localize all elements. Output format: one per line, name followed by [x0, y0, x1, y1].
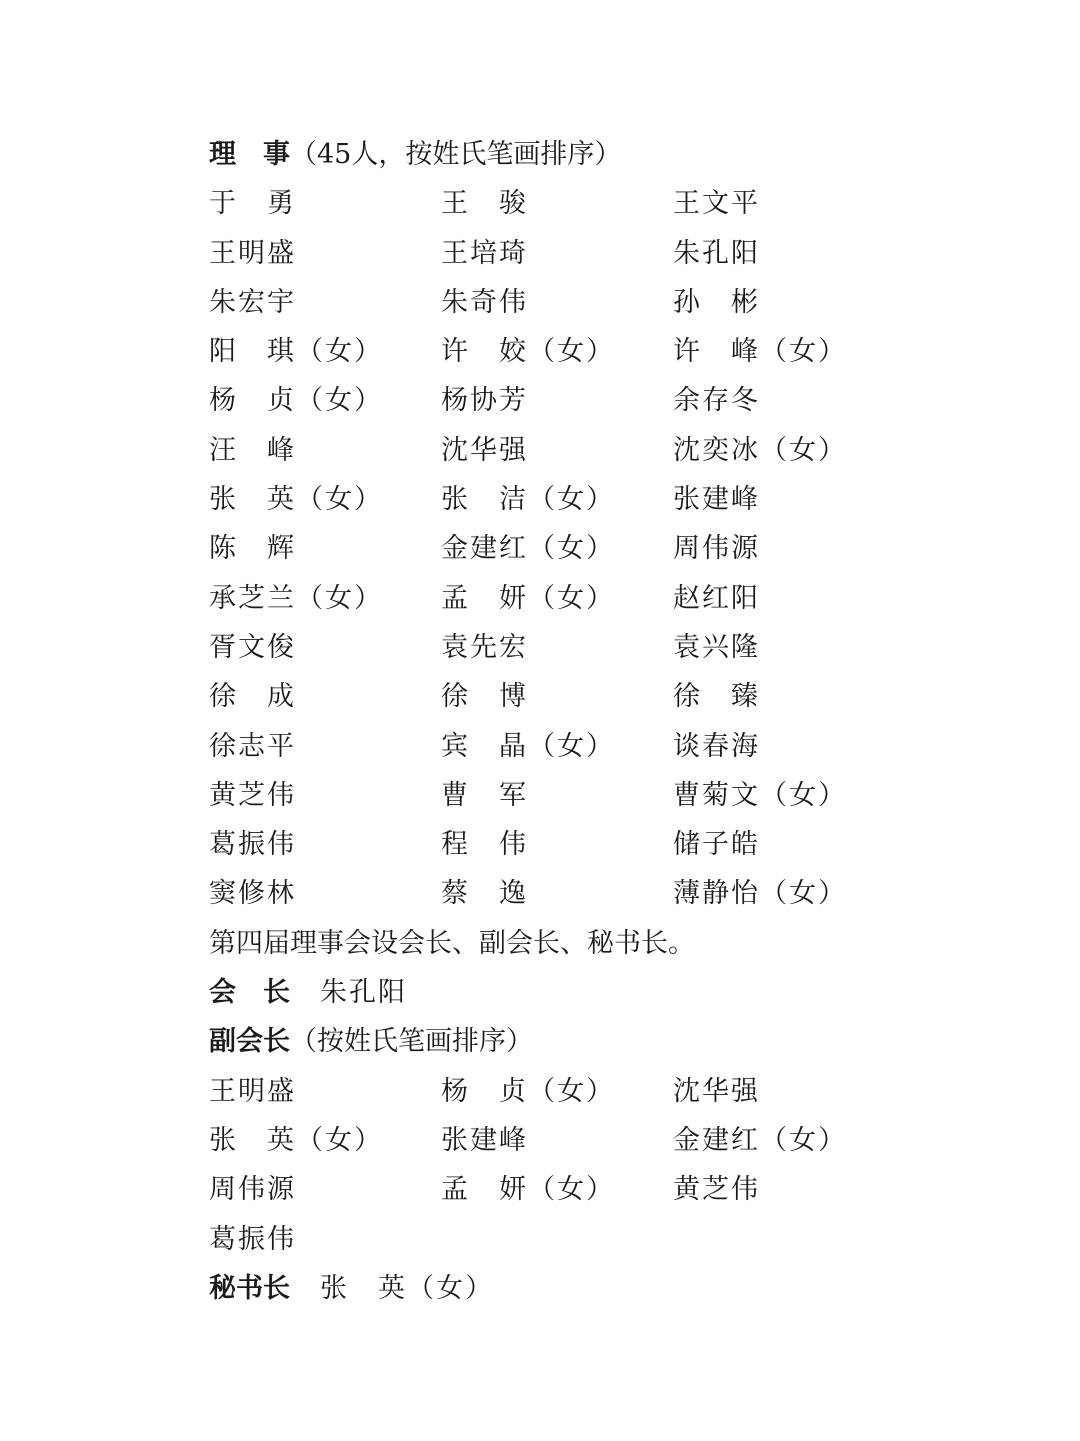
vice-presidents-label: 副会长: [209, 1017, 290, 1066]
secretary-general-label: 秘书长: [209, 1264, 290, 1313]
secretary-general-line: 秘书长张 英（女）: [209, 1264, 909, 1313]
vice-president-name: 金建红（女）: [673, 1116, 847, 1165]
directors-row: 汪 峰沈华强沈奕冰（女）: [209, 426, 909, 475]
vice-president-name: 张建峰: [441, 1116, 528, 1165]
director-name: 曹菊文（女）: [673, 771, 847, 820]
director-name: 程 伟: [441, 820, 528, 869]
director-name: 黄芝伟: [209, 771, 296, 820]
vice-presidents-note: （按姓氏笔画排序）: [290, 1026, 533, 1057]
president-label: 会 长: [209, 968, 290, 1017]
director-name: 孙 彬: [673, 278, 760, 327]
director-name: 宾 晶（女）: [441, 722, 615, 771]
vice-president-name: 黄芝伟: [673, 1165, 760, 1214]
director-name: 杨协芳: [441, 376, 528, 425]
director-name: 徐志平: [209, 722, 296, 771]
directors-row: 阳 琪（女）许 姣（女）许 峰（女）: [209, 327, 909, 376]
directors-row: 葛振伟程 伟储子皓: [209, 820, 909, 869]
director-name: 汪 峰: [209, 426, 296, 475]
vice-presidents-row: 张 英（女）张建峰金建红（女）: [209, 1116, 909, 1165]
directors-title-label: 理 事: [209, 130, 290, 179]
vice-president-name: 葛振伟: [209, 1215, 296, 1264]
directors-row: 徐 成徐 博徐 臻: [209, 672, 909, 721]
directors-row: 黄芝伟曹 军曹菊文（女）: [209, 771, 909, 820]
secretary-general-name: 张 英（女）: [320, 1273, 494, 1304]
vice-presidents-row: 葛振伟: [209, 1215, 909, 1264]
director-name: 金建红（女）: [441, 524, 615, 573]
director-name: 朱孔阳: [673, 229, 760, 278]
director-name: 储子皓: [673, 820, 760, 869]
president-line: 会 长朱孔阳: [209, 968, 909, 1017]
director-name: 于 勇: [209, 179, 296, 228]
director-name: 朱奇伟: [441, 278, 528, 327]
director-name: 张建峰: [673, 475, 760, 524]
council-note: 第四届理事会设会长、副会长、秘书长。: [209, 919, 909, 968]
director-name: 许 姣（女）: [441, 327, 615, 376]
director-name: 杨 贞（女）: [209, 376, 383, 425]
vice-president-name: 沈华强: [673, 1067, 760, 1116]
director-name: 袁兴隆: [673, 623, 760, 672]
director-name: 周伟源: [673, 524, 760, 573]
vice-presidents-heading: 副会长（按姓氏笔画排序）: [209, 1017, 909, 1066]
director-name: 王文平: [673, 179, 760, 228]
director-name: 承芝兰（女）: [209, 574, 383, 623]
director-name: 沈奕冰（女）: [673, 426, 847, 475]
director-name: 蔡 逸: [441, 869, 528, 918]
directors-row: 陈 辉金建红（女）周伟源: [209, 524, 909, 573]
director-name: 沈华强: [441, 426, 528, 475]
directors-row: 朱宏宇朱奇伟孙 彬: [209, 278, 909, 327]
director-name: 孟 妍（女）: [441, 574, 615, 623]
director-name: 曹 军: [441, 771, 528, 820]
director-name: 徐 臻: [673, 672, 760, 721]
director-name: 赵红阳: [673, 574, 760, 623]
vice-president-name: 王明盛: [209, 1067, 296, 1116]
directors-row: 徐志平宾 晶（女）谈春海: [209, 722, 909, 771]
directors-row: 张 英（女）张 洁（女）张建峰: [209, 475, 909, 524]
directors-row: 王明盛王培琦朱孔阳: [209, 229, 909, 278]
director-name: 朱宏宇: [209, 278, 296, 327]
director-name: 张 英（女）: [209, 475, 383, 524]
director-name: 袁先宏: [441, 623, 528, 672]
vice-president-name: 杨 贞（女）: [441, 1067, 615, 1116]
director-name: 阳 琪（女）: [209, 327, 383, 376]
vice-presidents-row: 周伟源孟 妍（女）黄芝伟: [209, 1165, 909, 1214]
director-name: 徐 博: [441, 672, 528, 721]
director-name: 葛振伟: [209, 820, 296, 869]
director-name: 王明盛: [209, 229, 296, 278]
director-name: 许 峰（女）: [673, 327, 847, 376]
directors-row: 承芝兰（女）孟 妍（女）赵红阳: [209, 574, 909, 623]
vice-president-name: 周伟源: [209, 1165, 296, 1214]
director-name: 张 洁（女）: [441, 475, 615, 524]
director-name: 薄静怡（女）: [673, 869, 847, 918]
directors-row: 杨 贞（女）杨协芳余存冬: [209, 376, 909, 425]
directors-title-note: （45人，按姓氏笔画排序）: [290, 139, 621, 170]
vice-president-name: 孟 妍（女）: [441, 1165, 615, 1214]
director-name: 谈春海: [673, 722, 760, 771]
director-name: 余存冬: [673, 376, 760, 425]
president-name: 朱孔阳: [320, 977, 407, 1008]
directors-row: 窦修林蔡 逸薄静怡（女）: [209, 869, 909, 918]
vice-presidents-row: 王明盛杨 贞（女）沈华强: [209, 1067, 909, 1116]
directors-row: 于 勇王 骏王文平: [209, 179, 909, 228]
director-name: 窦修林: [209, 869, 296, 918]
director-name: 徐 成: [209, 672, 296, 721]
vice-president-name: 张 英（女）: [209, 1116, 383, 1165]
director-name: 王 骏: [441, 179, 528, 228]
director-name: 陈 辉: [209, 524, 296, 573]
directors-heading: 理 事（45人，按姓氏笔画排序）: [209, 130, 909, 179]
director-name: 王培琦: [441, 229, 528, 278]
director-name: 胥文俊: [209, 623, 296, 672]
document-page: 理 事（45人，按姓氏笔画排序） 于 勇王 骏王文平 王明盛王培琦朱孔阳 朱宏宇…: [209, 130, 909, 1313]
directors-row: 胥文俊袁先宏袁兴隆: [209, 623, 909, 672]
